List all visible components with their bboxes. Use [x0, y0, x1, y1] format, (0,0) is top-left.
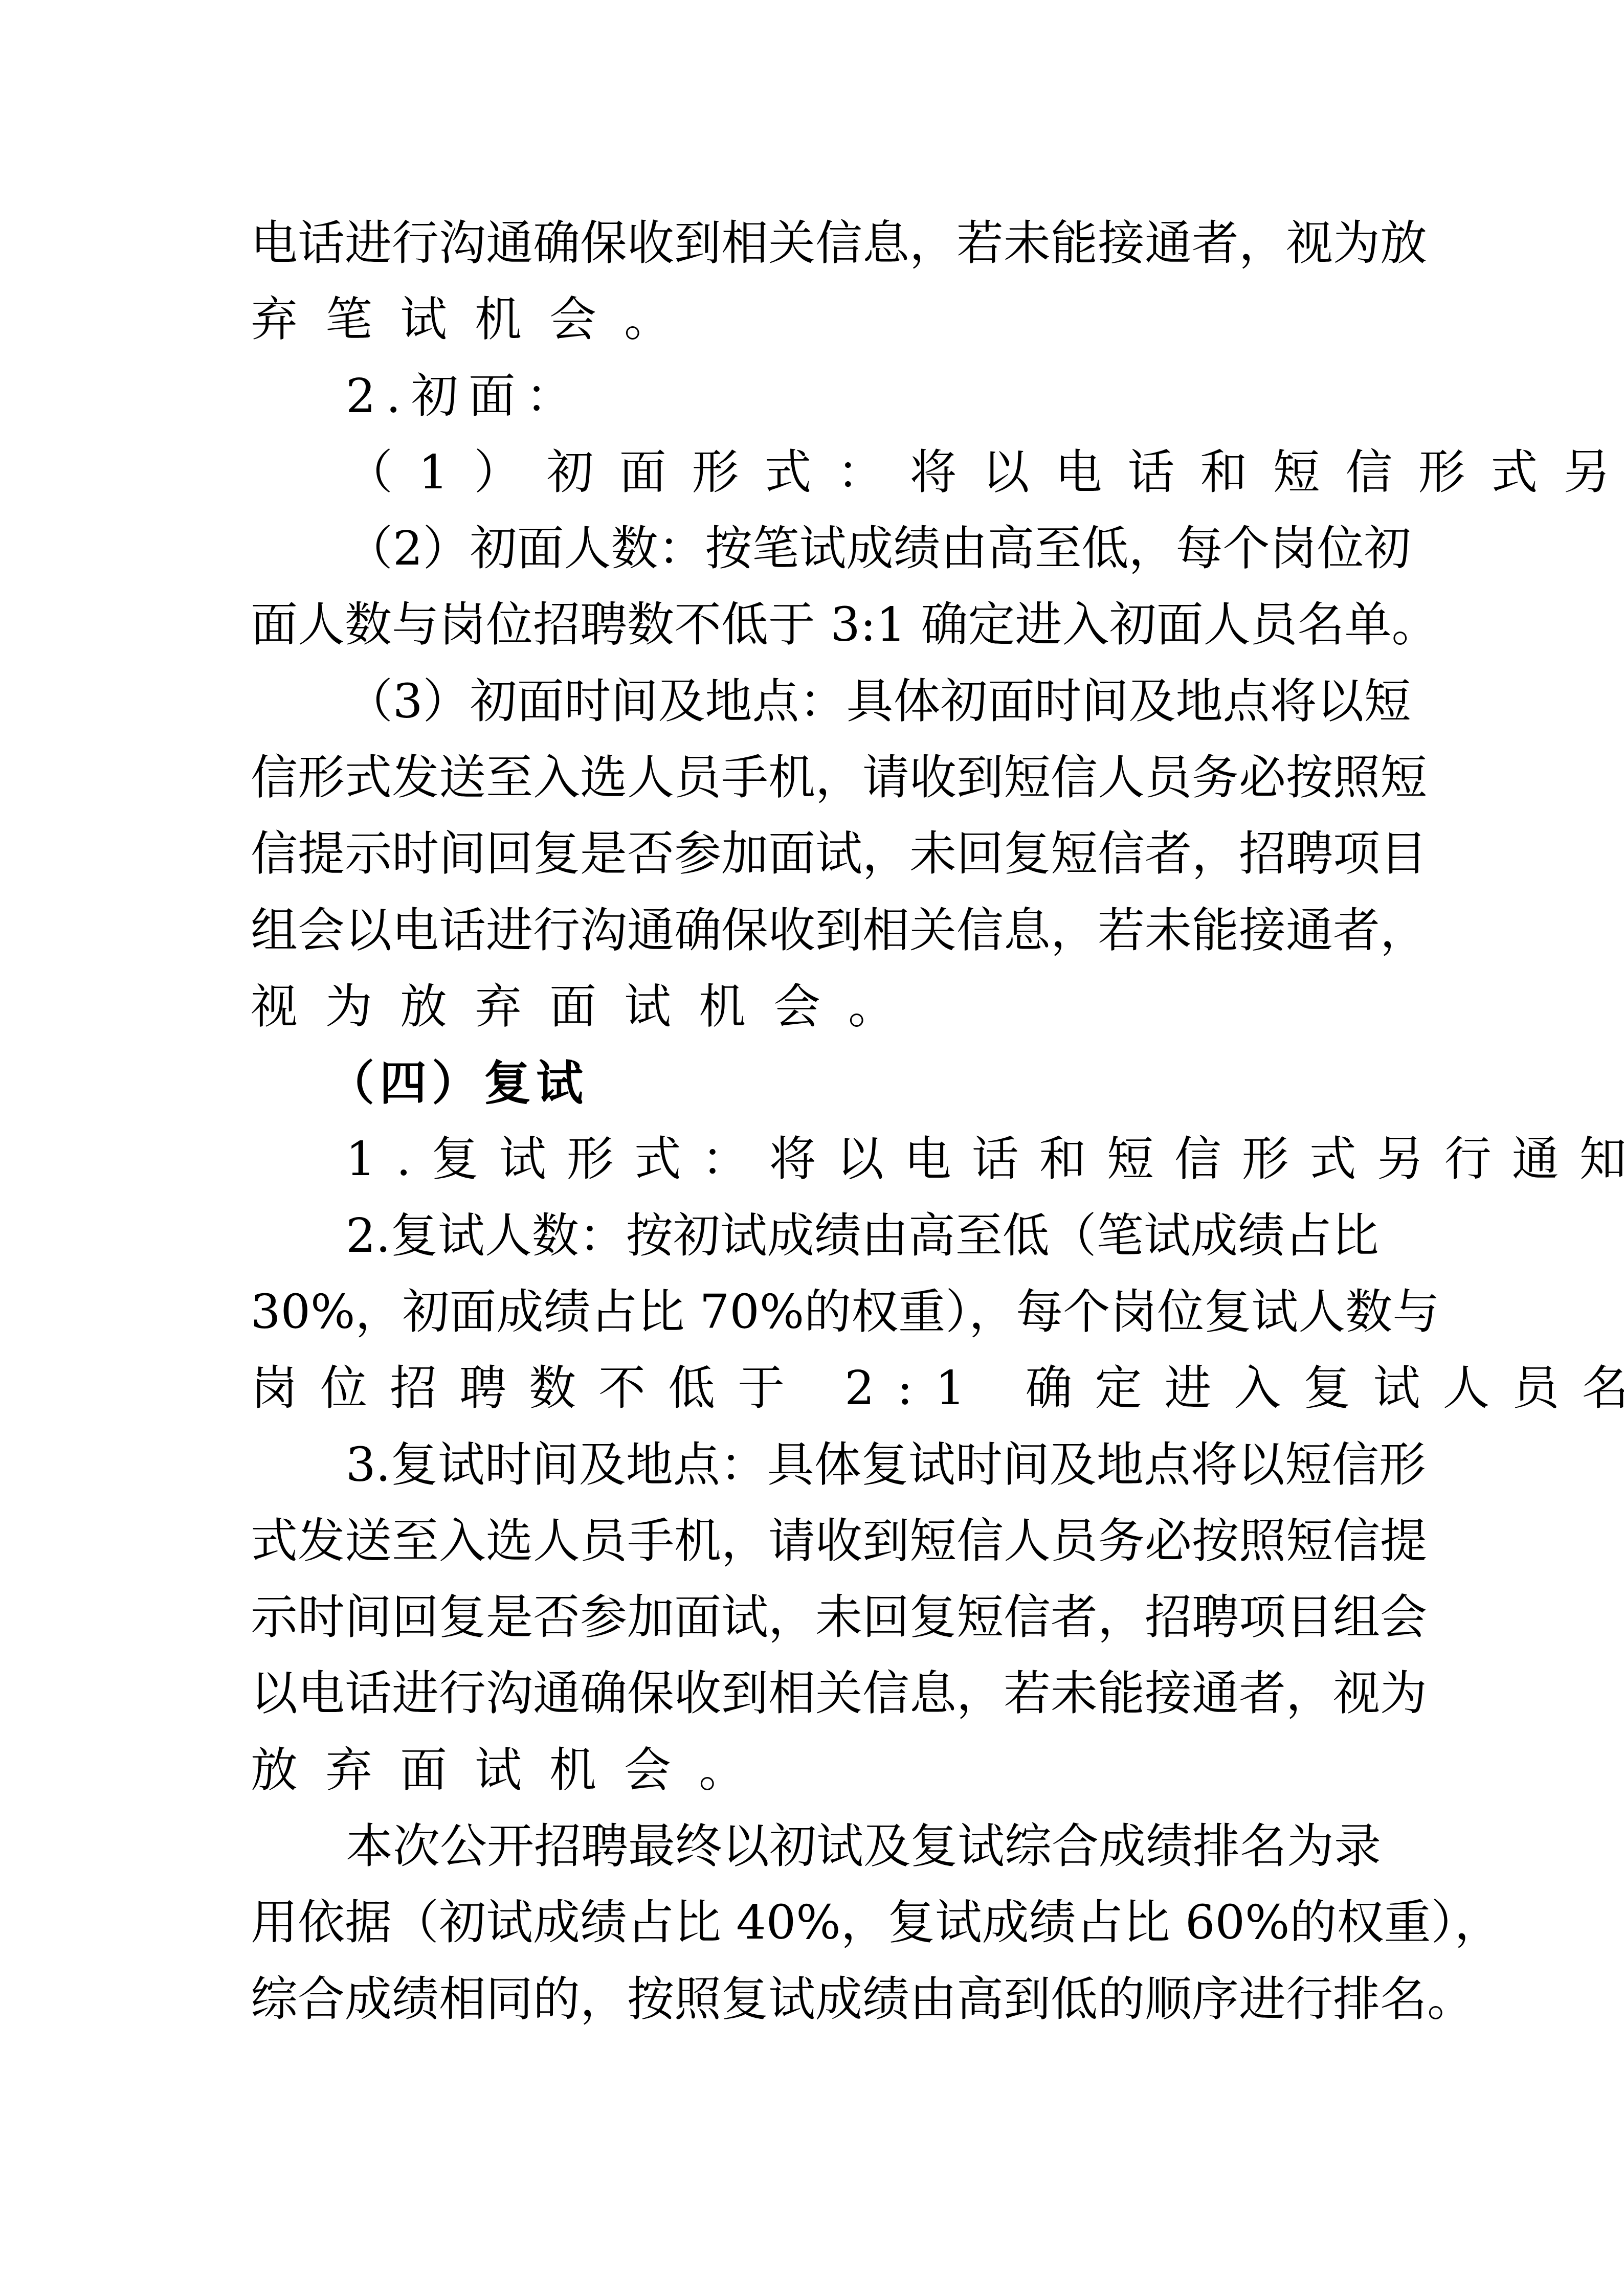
body-text-line: 信形式发送至入选人员手机，请收到短信人员务必按照短 [251, 739, 1373, 816]
body-text-line: （1）初面形式：将以电话和短信形式另行通知。 [346, 434, 1373, 511]
body-text-line: 信提示时间回复是否参加面试，未回复短信者，招聘项目 [251, 816, 1373, 892]
section-heading-second-interview: （四）复试 [327, 1045, 1355, 1121]
body-text-line: 岗位招聘数不低于 2:1 确定进入复试人员名单。 [251, 1350, 1373, 1427]
body-text-line: 电话进行沟通确保收到相关信息，若未能接通者，视为放 [251, 205, 1373, 282]
body-text-line: 视为放弃面试机会。 [251, 969, 1373, 1045]
body-text-line: 综合成绩相同的，按照复试成绩由高到低的顺序进行排名。 [251, 1961, 1396, 2038]
body-text-line: 放弃面试机会。 [251, 1732, 1373, 1809]
body-text-line: 1.复试形式：将以电话和短信形式另行通知。 [346, 1121, 1373, 1198]
body-text-line: （3）初面时间及地点：具体初面时间及地点将以短 [346, 663, 1373, 740]
body-text-line: 式发送至入选人员手机，请收到短信人员务必按照短信提 [251, 1503, 1373, 1580]
body-text-line: 面人数与岗位招聘数不低于 3:1 确定进入初面人员名单。 [251, 587, 1373, 663]
body-text-line: （2）初面人数：按笔试成绩由高至低，每个岗位初 [346, 510, 1373, 587]
body-text-line: 以电话进行沟通确保收到相关信息，若未能接通者，视为 [251, 1655, 1373, 1732]
body-text-line: 3.复试时间及地点：具体复试时间及地点将以短信形 [346, 1427, 1373, 1503]
document-page: 电话进行沟通确保收到相关信息，若未能接通者，视为放 弃笔试机会。 2.初面： （… [0, 0, 1624, 2296]
body-text-line: 示时间回复是否参加面试，未回复短信者，招聘项目组会 [251, 1579, 1373, 1656]
body-text-line: 用依据（初试成绩占比 40%，复试成绩占比 60%的权重）， [251, 1884, 1373, 1961]
body-text-line: 2.复试人数：按初试成绩由高至低（笔试成绩占比 [346, 1198, 1373, 1274]
body-text-line: 弃笔试机会。 [251, 281, 1373, 358]
body-text-line: 本次公开招聘最终以初试及复试综合成绩排名为录 [346, 1808, 1373, 1885]
section-heading-initial-interview: 2.初面： [346, 358, 1373, 435]
body-text-line: 30%，初面成绩占比 70%的权重），每个岗位复试人数与 [251, 1274, 1373, 1350]
body-text-line: 组会以电话进行沟通确保收到相关信息，若未能接通者， [251, 892, 1373, 969]
